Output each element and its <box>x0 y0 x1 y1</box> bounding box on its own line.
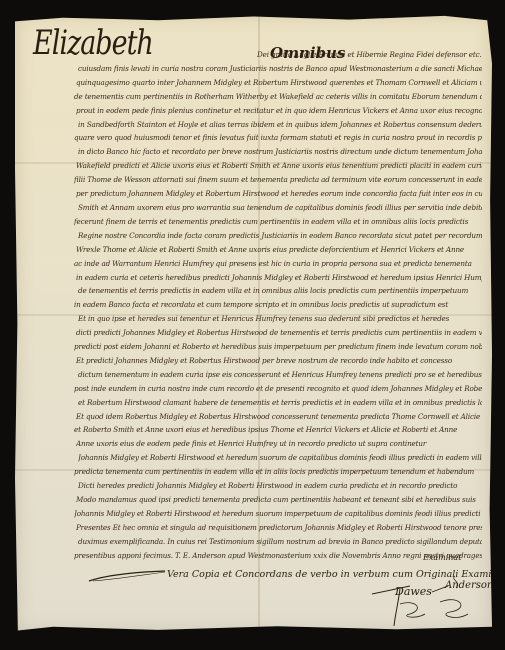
manuscript-line: ac inde ad Warrantum Henrici Humfrey qui… <box>74 257 482 271</box>
manuscript-line: post inde eundem in curia nostra inde cu… <box>74 382 482 396</box>
manuscript-line: de tenementis cum pertinentiis in Rother… <box>74 90 482 104</box>
manuscript-line: in dicto Banco hic facto et recordato pe… <box>78 145 482 159</box>
manuscript-line: Smith et Annam uxorem eius pro warrantia… <box>78 201 482 215</box>
manuscript-line: Et predicti Johannes Midgley et Robertus… <box>76 354 482 368</box>
manuscript-line: Modo mandamus quod ipsi predicti tenemen… <box>76 493 482 507</box>
manuscript-line: filii Thome de Wesson attornati sui fine… <box>74 173 482 187</box>
manuscript-line: per predictum Johannem Midgley et Robert… <box>76 187 482 201</box>
manuscript-line: Et in quo ipse et heredes sui tenentur e… <box>78 312 482 326</box>
manuscript-line: dicti predicti Johannes Midgley et Rober… <box>76 326 482 340</box>
manuscript-line: cuiusdam finis levati in curia nostra co… <box>78 62 482 76</box>
flourish-stroke <box>87 569 167 583</box>
manuscript-line: quare vero quod huiusmodi tenor et finis… <box>74 131 482 145</box>
manuscript-line: in Sandbedforth Stainton et Hoyle et ali… <box>78 118 482 132</box>
manuscript-line: predicta tenementa cum pertinentiis in e… <box>74 465 482 479</box>
manuscript-line: dictum tenementum in eadem curia ipse ei… <box>78 368 482 382</box>
examinat-note: Examinat <box>423 553 461 562</box>
manuscript-line: Johannis Midgley et Roberti Hirstwood et… <box>78 451 482 465</box>
manuscript-line: et Robertum Hirstwood clamant habere de … <box>78 396 482 410</box>
manuscript-line: fecerunt finem de terris et tenementis p… <box>74 215 482 229</box>
manuscript-line: predicti post eidem Johanni et Roberto e… <box>74 340 482 354</box>
manuscript-line: Wrexle Thome et Alicie et Roberti Smith … <box>76 243 482 257</box>
manuscript-line: Dicti heredes predicti Johannis Midgley … <box>78 479 482 493</box>
manuscript-line: Et quod idem Robertus Midgley et Robertu… <box>76 410 482 424</box>
manuscript-line: Anne uxoris eius de eodem pede finis et … <box>76 437 482 451</box>
manuscript-line: et Roberto Smith et Anne uxori eius et h… <box>74 423 482 437</box>
manuscript-body: Dei gratia Anglie Francie et Hibernie Re… <box>77 48 482 563</box>
manuscript-line: duximus exemplificanda. In cuius rei Tes… <box>78 535 482 549</box>
manuscript-line: prout in eodem pede finis plenius contin… <box>76 104 482 118</box>
manuscript-line: in eadem Banco facta et recordata et cum… <box>74 298 482 312</box>
signature-dawes: Dawes <box>395 585 432 598</box>
manuscript-line: presentibus apponi fecimus. T. E. Anders… <box>74 549 482 563</box>
manuscript-line: Presentes Et hec omnia et singula ad req… <box>76 521 482 535</box>
signature-anderson: Anderson <box>445 580 493 591</box>
manuscript-line: in eadem curia et ceteris heredibus pred… <box>76 271 482 285</box>
manuscript-line: quinquagesimo quarto inter Johannem Midg… <box>76 76 482 90</box>
manuscript-line: Wakefield predicti et Alicie uxoris eius… <box>76 159 482 173</box>
manuscript-line: de tenementis et terris predictis in ead… <box>78 284 482 298</box>
manuscript-line: Johannis Midgley et Roberti Hirstwood et… <box>74 507 482 521</box>
manuscript-line: Dei gratia Anglie Francie et Hibernie Re… <box>77 48 482 62</box>
manuscript-page: Elizabeth Omnibus Dei gratia Anglie Fran… <box>15 14 492 633</box>
manuscript-line: Regine nostre Concordia inde facta coram… <box>78 229 482 243</box>
